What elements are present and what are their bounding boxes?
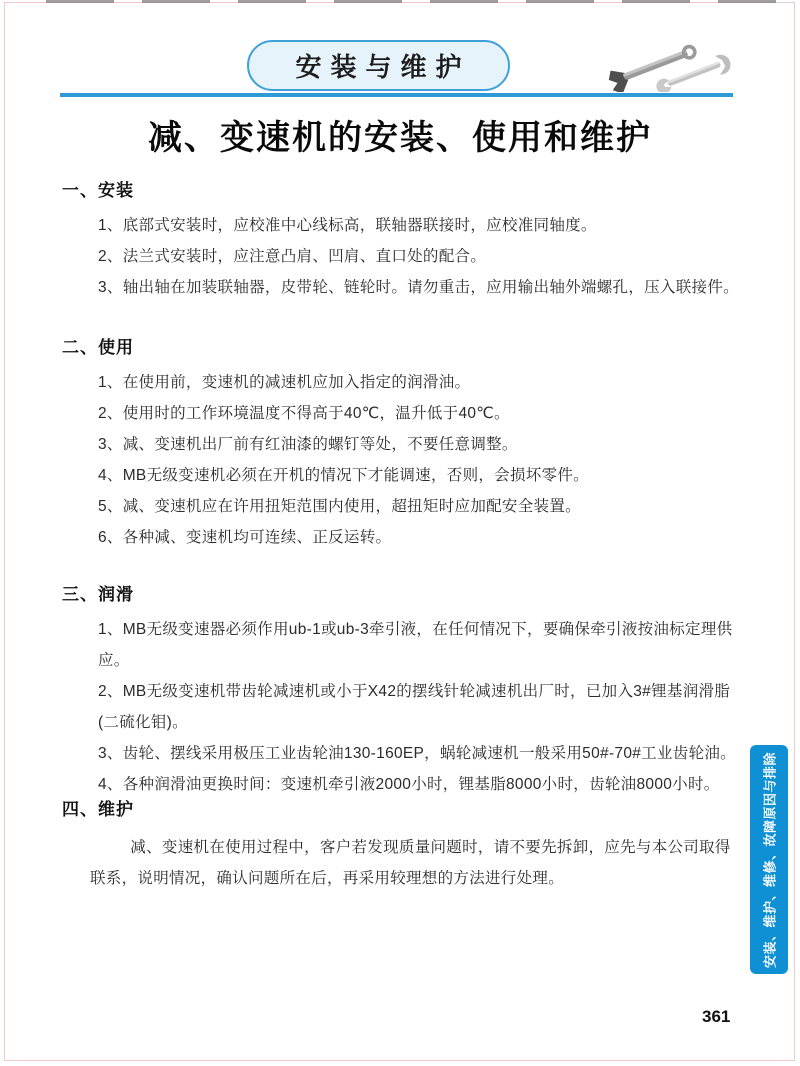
header-divider-rule bbox=[60, 93, 733, 97]
section-heading: 三、润滑 bbox=[62, 580, 742, 605]
section-heading: 四、维护 bbox=[62, 795, 742, 820]
section-item: 3、齿轮、摆线采用极压工业齿轮油130-160EP，蜗轮减速机一般采用50#-7… bbox=[98, 738, 742, 769]
page-top-edge-artifact bbox=[46, 0, 776, 3]
page-title: 减、变速机的安装、使用和维护 bbox=[0, 110, 800, 159]
section-item: 3、减、变速机出厂前有红油漆的螺钉等处，不要任意调整。 bbox=[98, 429, 742, 460]
chapter-side-tab[interactable]: 安装、维护、维修、故障原因与排除 bbox=[750, 745, 788, 974]
section-item: 1、底部式安装时，应校准中心线标高，联轴器联接时，应校准同轴度。 bbox=[98, 210, 742, 241]
section-2: 二、使用1、在使用前，变速机的减速机应加入指定的润滑油。2、使用时的工作环境温度… bbox=[62, 333, 742, 553]
section-4: 四、维护减、变速机在使用过程中，客户若发现质量问题时，请不要先拆卸，应先与本公司… bbox=[62, 795, 742, 894]
section-item: 1、MB无级变速器必须作用ub-1或ub-3牵引液，在任何情况下，要确保牵引液按… bbox=[98, 614, 742, 676]
page-number: 361 bbox=[702, 1007, 730, 1027]
section-item-list: 1、MB无级变速器必须作用ub-1或ub-3牵引液，在任何情况下，要确保牵引液按… bbox=[98, 614, 742, 800]
manual-page: 安装与维护 减、变速机的安装、使用和维护 一、安装1、底部式安装时，应校准中心线… bbox=[0, 0, 800, 1066]
section-item: 3、轴出轴在加装联轴器，皮带轮、链轮时。请勿重击，应用输出轴外端螺孔，压入联接件… bbox=[98, 272, 742, 303]
section-item: 1、在使用前，变速机的减速机应加入指定的润滑油。 bbox=[98, 367, 742, 398]
chapter-badge: 安装与维护 bbox=[247, 40, 510, 91]
section-item: 2、MB无级变速机带齿轮减速机或小于X42的摆线针轮减速机出厂时，已加入3#锂基… bbox=[98, 676, 742, 738]
chapter-side-tab-label: 安装、维护、维修、故障原因与排除 bbox=[760, 751, 779, 967]
section-item: 6、各种减、变速机均可连续、正反运转。 bbox=[98, 522, 742, 553]
section-heading: 二、使用 bbox=[62, 333, 742, 358]
chapter-badge-label: 安装与维护 bbox=[286, 47, 470, 84]
section-item: 2、使用时的工作环境温度不得高于40℃，温升低于40℃。 bbox=[98, 398, 742, 429]
section-item: 2、法兰式安装时，应注意凸肩、凹肩、直口处的配合。 bbox=[98, 241, 742, 272]
section-paragraph: 减、变速机在使用过程中，客户若发现质量问题时，请不要先拆卸，应先与本公司取得联系… bbox=[90, 832, 742, 894]
section-item-list: 1、在使用前，变速机的减速机应加入指定的润滑油。2、使用时的工作环境温度不得高于… bbox=[98, 367, 742, 553]
section-1: 一、安装1、底部式安装时，应校准中心线标高，联轴器联接时，应校准同轴度。2、法兰… bbox=[62, 176, 742, 303]
section-heading: 一、安装 bbox=[62, 176, 742, 201]
section-item-list: 1、底部式安装时，应校准中心线标高，联轴器联接时，应校准同轴度。2、法兰式安装时… bbox=[98, 210, 742, 303]
wrench-tools-icon bbox=[606, 36, 734, 92]
section-item: 4、MB无级变速机必须在开机的情况下才能调速，否则，会损坏零件。 bbox=[98, 460, 742, 491]
section-3: 三、润滑1、MB无级变速器必须作用ub-1或ub-3牵引液，在任何情况下，要确保… bbox=[62, 580, 742, 800]
section-item: 5、减、变速机应在许用扭矩范围内使用，超扭矩时应加配安全装置。 bbox=[98, 491, 742, 522]
